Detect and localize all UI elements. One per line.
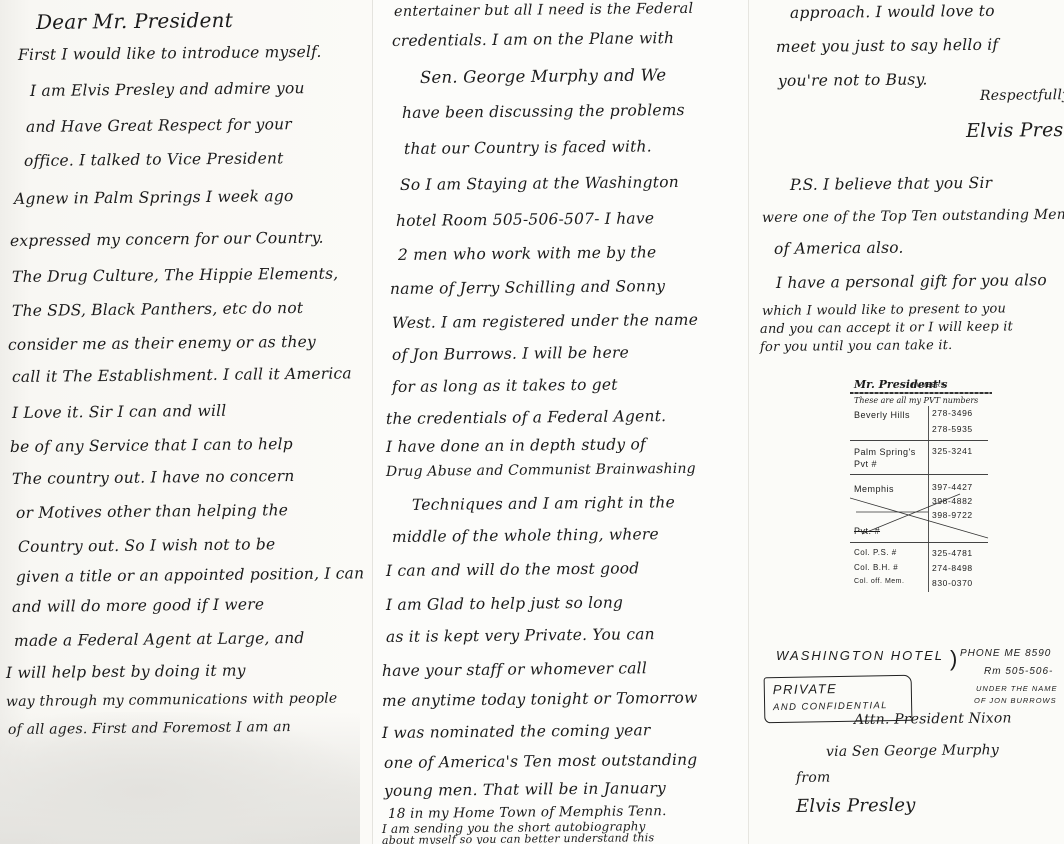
letter-line: and Have Great Respect for your	[26, 115, 292, 136]
gift-line: for you until you can take it.	[760, 338, 953, 355]
letter-line: I Love it. Sir I can and will	[12, 402, 227, 422]
under-name-note: OF JON BURROWS	[974, 696, 1057, 705]
ps-line: were one of the Top Ten outstanding Men	[762, 207, 1064, 226]
via-line: via Sen George Murphy	[826, 742, 999, 760]
card-divider	[850, 392, 992, 394]
letter-line: one of America's Ten most outstanding	[384, 751, 698, 772]
letter-line: you're not to Busy.	[778, 70, 928, 90]
card-row-label: Col. P.S. #	[854, 548, 897, 557]
card-row-label: Beverly Hills	[854, 410, 910, 420]
letter-line: I am Glad to help just so long	[386, 594, 623, 614]
letter-line: about myself so you can better understan…	[382, 831, 654, 844]
letter-line: be of any Service that I can to help	[10, 435, 293, 456]
letter-line: young men. That will be in January	[384, 779, 666, 800]
letter-line: West. I am registered under the name	[392, 311, 698, 332]
letter-line: I will help best by doing it my	[6, 661, 246, 682]
letter-line: approach. I would love to	[790, 2, 995, 22]
letter-line: as it is kept very Private. You can	[386, 625, 655, 646]
card-row-label: Palm Spring's Pvt #	[854, 446, 926, 470]
letter-line: office. I talked to Vice President	[24, 149, 284, 170]
card-title-numbers: NUMBERS	[912, 383, 945, 389]
card-row-number: 274-8498	[932, 563, 973, 573]
card-separator	[850, 440, 988, 441]
letter-line: credentials. I am on the Plane with	[392, 29, 674, 50]
letter-line: made a Federal Agent at Large, and	[14, 629, 305, 650]
phone-numbers-card: Mr. President's NUMBERS These are all my…	[848, 378, 994, 594]
letter-line: of Jon Burrows. I will be here	[392, 344, 629, 364]
gift-line: and you can accept it or I will keep it	[760, 319, 1013, 337]
letter-line: given a title or an appointed position, …	[16, 564, 364, 586]
letter-line: have been discussing the problems	[402, 101, 685, 122]
letter-line: of all ages. First and Foremost I am an	[8, 719, 291, 738]
strike-through-marks	[850, 490, 990, 546]
letter-line: Agnew in Palm Springs I week ago	[14, 187, 294, 208]
phone-note: PHONE ME 8590	[960, 648, 1051, 659]
letter-line: hotel Room 505-506-507- I have	[396, 209, 654, 230]
letter-line: or Motives other than helping the	[16, 501, 288, 522]
hotel-name: WASHINGTON HOTEL	[776, 648, 944, 663]
letter-line: middle of the whole thing, where	[392, 525, 659, 546]
from-label: from	[796, 770, 831, 786]
card-row-label: Col. B.H. #	[854, 563, 898, 572]
attn-line: Attn. President Nixon	[854, 710, 1012, 728]
card-row-number: 830-0370	[932, 578, 973, 588]
letter-line: expressed my concern for our Country.	[10, 229, 324, 250]
ps-line: of America also.	[774, 239, 904, 258]
letter-line: Country out. So I wish not to be	[18, 535, 276, 556]
letter-line: The country out. I have no concern	[12, 467, 295, 488]
letter-line: I have done an in depth study of	[386, 435, 646, 456]
signature: Elvis Presley	[966, 119, 1064, 142]
brace: )	[950, 646, 957, 672]
letter-line: Drug Abuse and Communist Brainwashing	[386, 461, 696, 480]
letter-line: have your staff or whomever call	[382, 659, 647, 680]
ps-line: P.S. I believe that you Sir	[790, 174, 992, 194]
card-row-number: 278-3496	[932, 408, 973, 418]
letter-line: and will do more good if I were	[12, 595, 264, 616]
letter-line: I was nominated the coming year	[382, 721, 651, 742]
letter-line: the credentials of a Federal Agent.	[386, 407, 666, 428]
letter-line: name of Jerry Schilling and Sonny	[390, 277, 665, 298]
salutation: Dear Mr. President	[36, 8, 233, 34]
letter-line: 2 men who work with me by the	[398, 243, 657, 264]
letter-line: that our Country is faced with.	[404, 137, 652, 158]
card-row-number: 278-5935	[932, 424, 973, 434]
card-row-label: Col. off. Mem.	[854, 578, 904, 585]
letter-line: First I would like to introduce myself.	[18, 43, 322, 64]
letter-line: meet you just to say hello if	[776, 36, 998, 56]
letter-line: entertainer but all I need is the Federa…	[394, 1, 693, 20]
private-label: PRIVATE	[773, 681, 838, 697]
card-separator	[850, 474, 988, 475]
letter-line: The Drug Culture, The Hippie Elements,	[12, 265, 339, 286]
card-separator	[850, 542, 988, 543]
card-header-note: These are all my PVT numbers	[854, 396, 978, 405]
letter-line: Techniques and I am right in the	[412, 493, 675, 514]
closing: Respectfully	[980, 87, 1064, 104]
letter-line: me anytime today tonight or Tomorrow	[382, 689, 698, 710]
letter-line: call it The Establishment. I call it Ame…	[12, 364, 352, 386]
letter-line: So I am Staying at the Washington	[400, 173, 679, 194]
card-row-number: 325-3241	[932, 446, 973, 456]
letter-line: for as long as it takes to get	[392, 376, 618, 396]
letter-line: Sen. George Murphy and We	[420, 65, 667, 87]
letter-line: I am Elvis Presley and admire you	[30, 79, 305, 100]
letter-line: The SDS, Black Panthers, etc do not	[12, 299, 303, 320]
letter-line: I can and will do the most good	[386, 559, 640, 580]
under-name-note: UNDER THE NAME	[976, 684, 1058, 693]
gift-line: I have a personal gift for you also	[776, 271, 1047, 292]
card-row-number: 325-4781	[932, 548, 973, 558]
letter-line: consider me as their enemy or as they	[8, 333, 316, 354]
room-note: Rm 505-506-	[984, 666, 1053, 677]
from-signature: Elvis Presley	[796, 795, 916, 817]
gift-line: which I would like to present to you	[762, 301, 1006, 319]
